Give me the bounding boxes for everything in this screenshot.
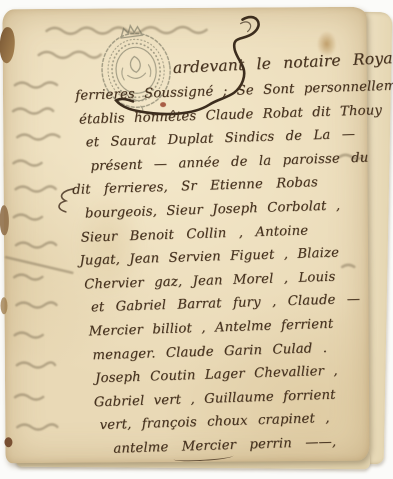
paper-sheet: ardevant le notaire Royal de ferrieres S… xyxy=(2,7,369,464)
paper-edge-chip xyxy=(4,437,12,447)
paper-edge-chip xyxy=(0,205,9,235)
manuscript-photo: ardevant le notaire Royal de ferrieres S… xyxy=(0,0,393,479)
paper-edge-chip xyxy=(0,297,7,314)
word-underline-flourish xyxy=(173,453,233,463)
manuscript-text-block: ferrieres Soussigné ; Se Sont personnell… xyxy=(73,74,393,462)
